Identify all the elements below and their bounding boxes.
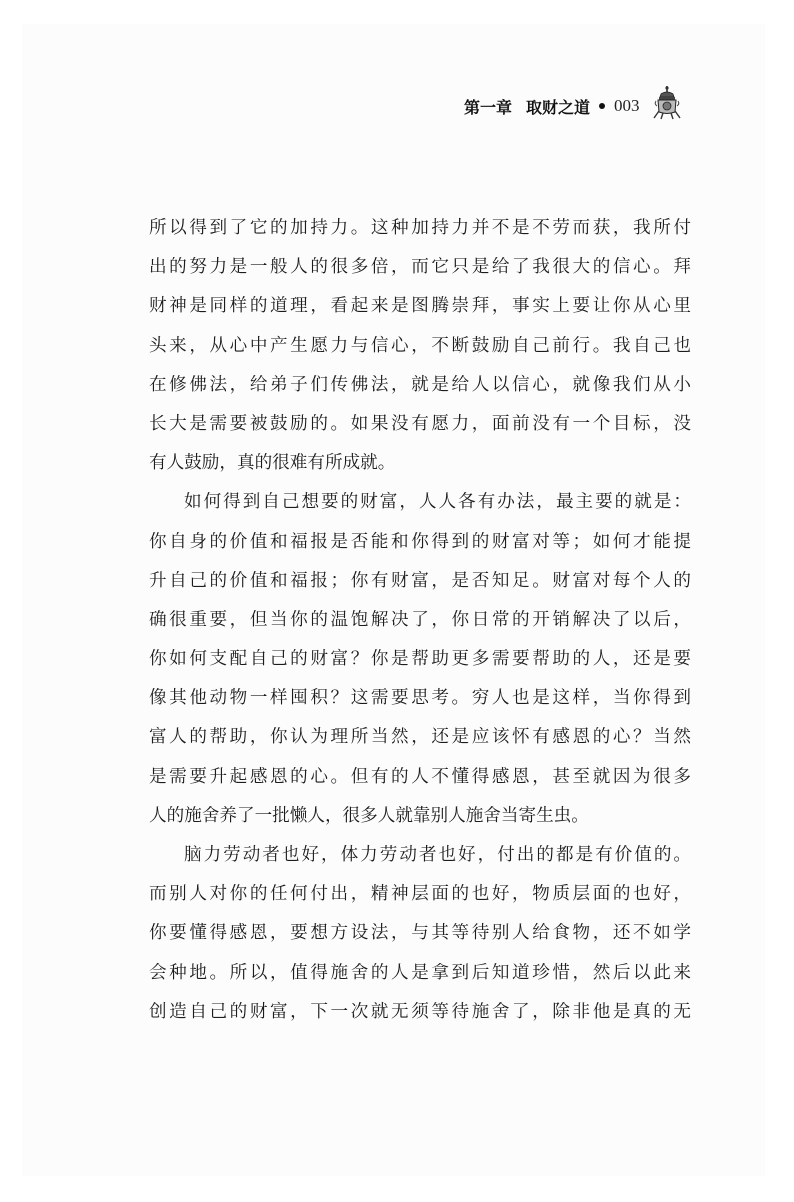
text-line: 在修佛法，给弟子们传佛法，就是给人以信心，就像我们从小 [149,366,691,405]
text-line: 会种地。所以，值得施舍的人是拿到后知道珍惜，然后以此来 [149,954,691,993]
text-line: 而别人对你的任何付出，精神层面的也好，物质层面的也好， [149,875,691,914]
text-line: 像其他动物一样囤积？这需要思考。穷人也是这样，当你得到 [149,679,691,718]
text-line: 有人鼓励，真的很难有所成就。 [149,444,691,483]
running-header: 第一章 取财之道 003 [464,92,682,120]
text-line: 你要懂得感恩，要想方设法，与其等待别人给食物，还不如学 [149,914,691,953]
text-line: 所以得到了它的加持力。这种加持力并不是不劳而获，我所付 [149,209,691,248]
page-number: 003 [614,96,640,116]
victory-banner-emblem-icon [652,85,682,121]
text-line: 你如何支配自己的财富？你是帮助更多需要帮助的人，还是要 [149,640,691,679]
text-line: 人的施舍养了一批懒人，很多人就靠别人施舍当寄生虫。 [149,797,691,836]
chapter-label: 第一章 [464,95,512,118]
text-line: 你自身的价值和福报是否能和你得到的财富对等；如何才能提 [149,523,691,562]
body-text: 所以得到了它的加持力。这种加持力并不是不劳而获，我所付 出的努力是一般人的很多倍… [149,209,691,1032]
text-line: 出的努力是一般人的很多倍，而它只是给了我很大的信心。拜 [149,248,691,287]
text-line: 创造自己的财富，下一次就无须等待施舍了，除非他是真的无 [149,993,691,1032]
text-line: 升自己的价值和福报；你有财富，是否知足。财富对每个人的 [149,562,691,601]
text-line: 确很重要，但当你的温饱解决了，你日常的开销解决了以后， [149,601,691,640]
paragraph-start-line: 脑力劳动者也好，体力劳动者也好，付出的都是有价值的。 [149,836,691,875]
chapter-title: 取财之道 [526,95,590,118]
text-line: 是需要升起感恩的心。但有的人不懂得感恩，甚至就因为很多 [149,758,691,797]
text-line: 财神是同样的道理，看起来是图腾崇拜，事实上要让你从心里 [149,287,691,326]
text-line: 头来，从心中产生愿力与信心，不断鼓励自己前行。我自己也 [149,327,691,366]
text-line: 长大是需要被鼓励的。如果没有愿力，面前没有一个目标，没 [149,405,691,444]
text-line: 富人的帮助，你认为理所当然，还是应该怀有感恩的心？当然 [149,718,691,757]
bullet-separator [599,103,605,109]
paragraph-start-line: 如何得到自己想要的财富，人人各有办法，最主要的就是： [149,483,691,522]
